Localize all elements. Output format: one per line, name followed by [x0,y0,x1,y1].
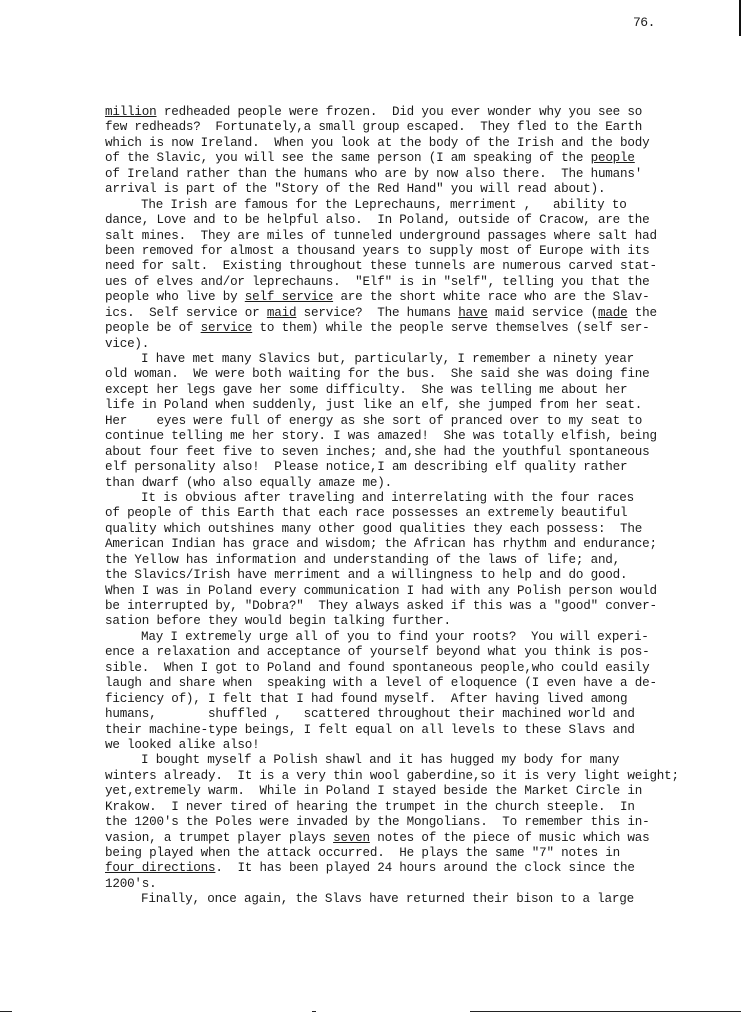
text-line: the Slavics/Irish have merriment and a w… [105,568,665,583]
text-line: four directions. It has been played 24 h… [105,861,665,876]
text-run: elf personality also! Please notice,I am… [105,460,627,474]
text-run: of the Slavic, you will see the same per… [105,151,591,165]
text-run: life in Poland when suddenly, just like … [105,398,642,412]
text-line: life in Poland when suddenly, just like … [105,398,665,413]
text-run: Krakow. I never tired of hearing the tru… [105,800,635,814]
text-line: continue telling me her story. I was ama… [105,429,665,444]
bottom-scan-line [0,1011,12,1012]
text-run: humans, shuffled , scattered throughout … [105,707,635,721]
text-run: quality which outshines many other good … [105,522,642,536]
text-line: except her legs gave her some difficulty… [105,383,665,398]
text-line: 1200's. [105,877,665,892]
text-line: been removed for almost a thousand years… [105,244,665,259]
text-line: laugh and share when speaking with a lev… [105,676,665,691]
paragraph: The Irish are famous for the Leprechauns… [105,198,665,352]
text-run: people who live by [105,290,245,304]
text-line: million redheaded people were frozen. Di… [105,105,665,120]
text-run: May I extremely urge all of you to find … [141,630,649,644]
text-run: redheaded people were frozen. Did you ev… [157,105,643,119]
paragraph: million redheaded people were frozen. Di… [105,105,665,198]
text-line: which is now Ireland. When you look at t… [105,136,665,151]
underlined-text: seven [333,831,370,845]
text-line: of people of this Earth that each race p… [105,506,665,521]
underlined-text: made [598,306,627,320]
text-run: maid service ( [488,306,598,320]
text-line: Finally, once again, the Slavs have retu… [105,892,665,907]
text-line: need for salt. Existing throughout these… [105,259,665,274]
text-line: vasion, a trumpet player plays seven not… [105,831,665,846]
text-run: be interrupted by, "Dobra?" They always … [105,599,657,613]
text-line: sible. When I got to Poland and found sp… [105,661,665,676]
text-line: I bought myself a Polish shawl and it ha… [105,753,665,768]
text-line: salt mines. They are miles of tunneled u… [105,229,665,244]
text-line: people who live by self service are the … [105,290,665,305]
text-run: old woman. We were both waiting for the … [105,367,649,381]
text-line: The Irish are famous for the Leprechauns… [105,198,665,213]
text-line: ues of elves and/or leprechauns. "Elf" i… [105,275,665,290]
text-line: winters already. It is a very thin wool … [105,769,665,784]
text-line: sation before they would begin talking f… [105,614,665,629]
text-line: of Ireland rather than the humans who ar… [105,167,665,182]
document-body: million redheaded people were frozen. Di… [105,105,665,908]
underlined-text: have [458,306,487,320]
paragraph: Finally, once again, the Slavs have retu… [105,892,665,907]
text-run: the Yellow has information and understan… [105,553,620,567]
text-run: winters already. It is a very thin wool … [105,769,679,783]
text-line: old woman. We were both waiting for the … [105,367,665,382]
text-line: humans, shuffled , scattered throughout … [105,707,665,722]
text-line: the 1200's the Poles were invaded by the… [105,815,665,830]
text-run: salt mines. They are miles of tunneled u… [105,229,657,243]
text-line: few redheads? Fortunately,a small group … [105,120,665,135]
bottom-scan-mark [312,1011,316,1012]
text-line: ficiency of), I felt that I had found my… [105,692,665,707]
text-line: the Yellow has information and understan… [105,553,665,568]
text-run: yet,extremely warm. While in Poland I st… [105,784,642,798]
text-run: sation before they would begin talking f… [105,614,451,628]
text-line: vice). [105,337,665,352]
text-run: are the short white race who are the Sla… [333,290,649,304]
underlined-text: million [105,105,157,119]
text-line: Her eyes were full of energy as she sort… [105,414,665,429]
text-line: be interrupted by, "Dobra?" They always … [105,599,665,614]
text-run: which is now Ireland. When you look at t… [105,136,649,150]
text-run: vasion, a trumpet player plays [105,831,333,845]
text-run: the Slavics/Irish have merriment and a w… [105,568,627,582]
text-run: the 1200's the Poles were invaded by the… [105,815,649,829]
text-run: we looked alike also! [105,738,260,752]
paragraph: May I extremely urge all of you to find … [105,630,665,754]
text-run: service? The humans [296,306,458,320]
text-line: their machine-type beings, I felt equal … [105,723,665,738]
text-run: laugh and share when speaking with a lev… [105,676,657,690]
text-run: than dwarf (who also equally amaze me). [105,476,392,490]
text-run: of people of this Earth that each race p… [105,506,627,520]
text-run: people be of [105,321,201,335]
underlined-text: service [201,321,253,335]
text-run: sible. When I got to Poland and found sp… [105,661,649,675]
text-line: being played when the attack occurred. H… [105,846,665,861]
text-run: When I was in Poland every communication… [105,584,657,598]
text-line: ics. Self service or maid service? The h… [105,306,665,321]
text-run: dance, Love and to be helpful also. In P… [105,213,649,227]
text-line: people be of service to them) while the … [105,321,665,336]
underlined-text: maid [267,306,296,320]
text-run: Finally, once again, the Slavs have retu… [141,892,634,906]
bottom-scan-line [470,1011,741,1012]
text-run: of Ireland rather than the humans who ar… [105,167,642,181]
text-run: I have met many Slavics but, particularl… [141,352,634,366]
paragraph: It is obvious after traveling and interr… [105,491,665,630]
paragraph: I bought myself a Polish shawl and it ha… [105,753,665,892]
text-line: It is obvious after traveling and interr… [105,491,665,506]
text-run: 1200's. [105,877,157,891]
text-run: ficiency of), I felt that I had found my… [105,692,627,706]
underlined-text: self service [245,290,333,304]
underlined-text: four directions [105,861,215,875]
text-run: I bought myself a Polish shawl and it ha… [141,753,619,767]
text-line: elf personality also! Please notice,I am… [105,460,665,475]
text-run: few redheads? Fortunately,a small group … [105,120,642,134]
page-number: 76. [633,15,655,30]
text-line: Krakow. I never tired of hearing the tru… [105,800,665,815]
text-line: yet,extremely warm. While in Poland I st… [105,784,665,799]
text-run: American Indian has grace and wisdom; th… [105,537,657,551]
text-run: Her eyes were full of energy as she sort… [105,414,642,428]
text-line: about four feet five to seven inches; an… [105,445,665,460]
text-line: American Indian has grace and wisdom; th… [105,537,665,552]
text-run: . It has been played 24 hours around the… [215,861,634,875]
text-run: about four feet five to seven inches; an… [105,445,649,459]
text-run: ence a relaxation and acceptance of your… [105,645,649,659]
paragraph: I have met many Slavics but, particularl… [105,352,665,491]
text-line: we looked alike also! [105,738,665,753]
text-run: the [627,306,656,320]
text-run: been removed for almost a thousand years… [105,244,649,258]
underlined-text: people [591,151,635,165]
text-line: arrival is part of the "Story of the Red… [105,182,665,197]
text-line: I have met many Slavics but, particularl… [105,352,665,367]
text-run: The Irish are famous for the Leprechauns… [141,198,627,212]
text-run: need for salt. Existing throughout these… [105,259,657,273]
text-line: quality which outshines many other good … [105,522,665,537]
text-run: continue telling me her story. I was ama… [105,429,657,443]
text-run: except her legs gave her some difficulty… [105,383,627,397]
text-run: to them) while the people serve themselv… [252,321,649,335]
text-line: May I extremely urge all of you to find … [105,630,665,645]
text-line: than dwarf (who also equally amaze me). [105,476,665,491]
text-run: notes of the piece of music which was [370,831,650,845]
text-run: their machine-type beings, I felt equal … [105,723,635,737]
text-line: of the Slavic, you will see the same per… [105,151,665,166]
text-run: arrival is part of the "Story of the Red… [105,182,605,196]
text-line: ence a relaxation and acceptance of your… [105,645,665,660]
text-line: dance, Love and to be helpful also. In P… [105,213,665,228]
text-run: being played when the attack occurred. H… [105,846,620,860]
text-line: When I was in Poland every communication… [105,584,665,599]
text-run: It is obvious after traveling and interr… [141,491,634,505]
text-run: ues of elves and/or leprechauns. "Elf" i… [105,275,649,289]
text-run: ics. Self service or [105,306,267,320]
text-run: vice). [105,337,149,351]
